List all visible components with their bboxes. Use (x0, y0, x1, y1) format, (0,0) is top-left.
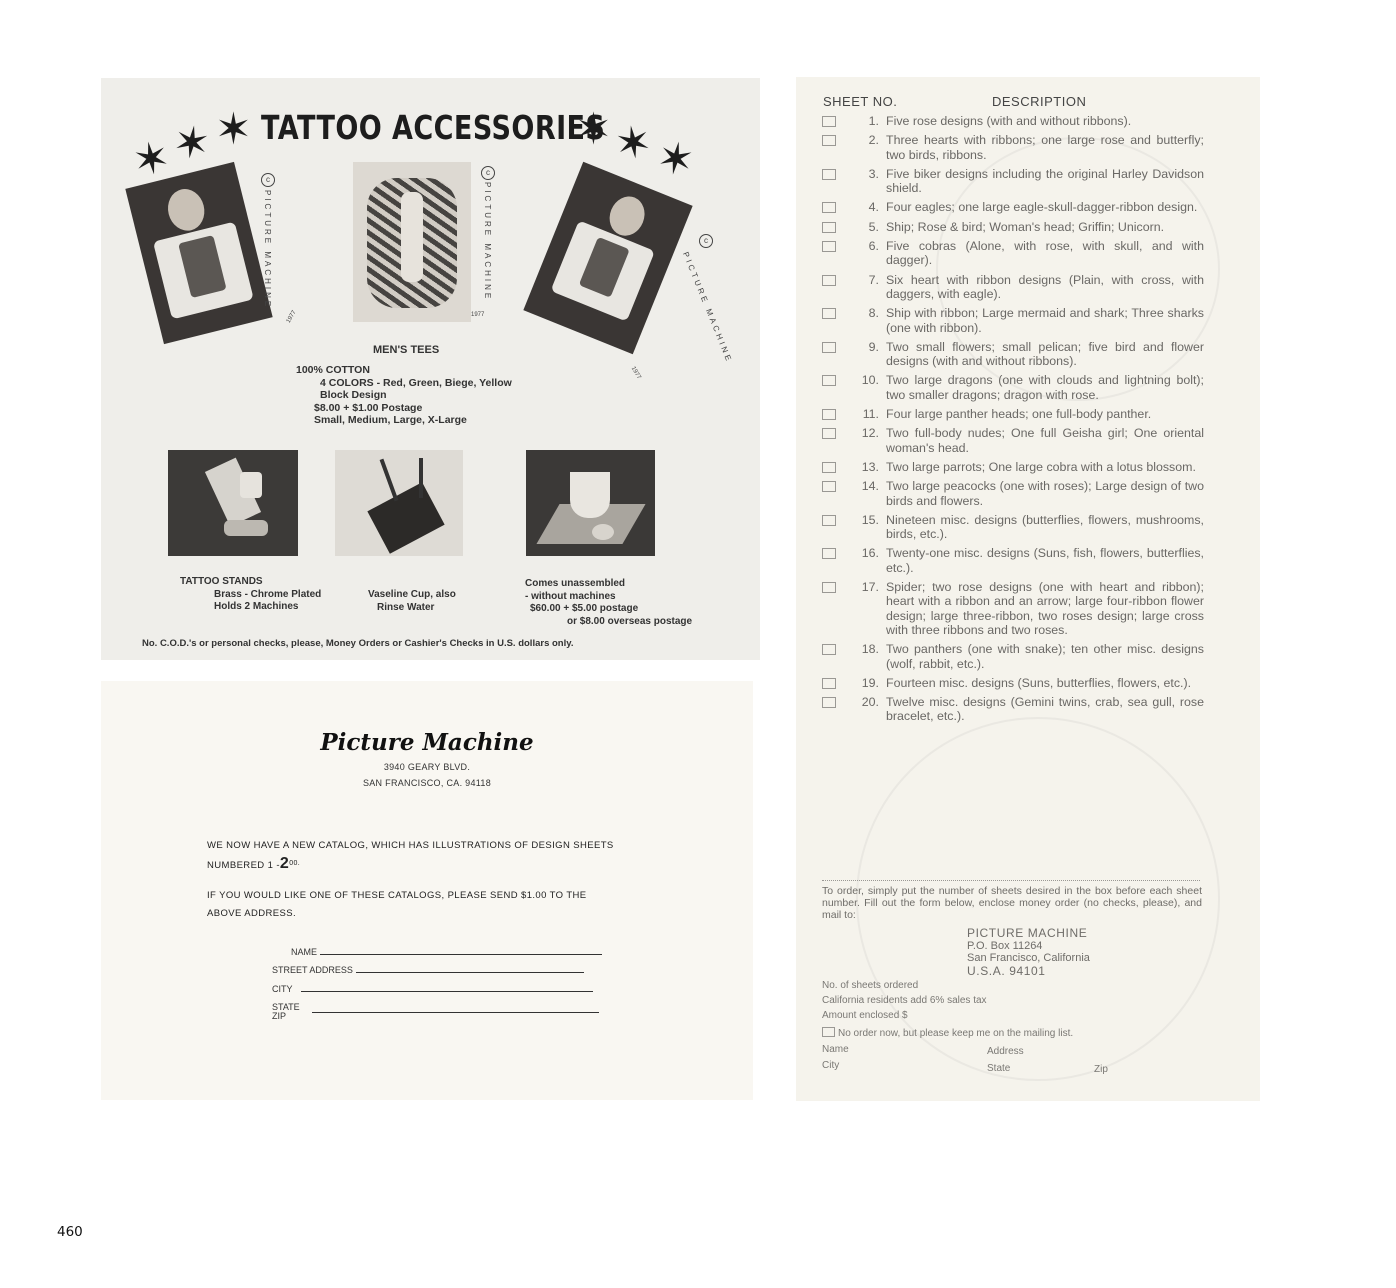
copyright-icon: c (699, 234, 713, 248)
quantity-checkbox[interactable] (822, 582, 836, 593)
sheet-description: Four eagles; one large eagle-skull-dagge… (886, 200, 1204, 214)
sheet-item: 20.Twelve misc. designs (Gemini twins, c… (822, 695, 1204, 724)
design-sheet-order-form: SHEET NO. DESCRIPTION 1.Five rose design… (796, 77, 1260, 1101)
address-line-1: 3940 GEARY BLVD. (101, 762, 753, 772)
address-field[interactable]: Address (987, 1046, 1024, 1057)
copyright-year: 1977 (286, 310, 298, 325)
quantity-checkbox[interactable] (822, 375, 836, 386)
stand-caption-1: TATTOO STANDS Brass - Chrome Plated Hold… (180, 576, 321, 614)
sheet-description: Two small flowers; small pelican; five b… (886, 340, 1204, 369)
brand-logo: Picture Machine (101, 729, 753, 756)
sheet-item: 19.Fourteen misc. designs (Suns, butterf… (822, 676, 1204, 690)
sheet-item: 8.Ship with ribbon; Large mermaid and sh… (822, 306, 1204, 335)
photo-tattoo-stand-1 (168, 450, 298, 556)
sheet-number: 17. (836, 580, 886, 637)
copyright-text: PICTURE MACHINE (483, 182, 492, 301)
state-zip-field[interactable]: STATE ZIP (272, 1003, 300, 1021)
sheet-item: 6.Five cobras (Alone, with rose, with sk… (822, 239, 1204, 268)
sheet-number: 12. (836, 426, 886, 455)
sheet-number: 20. (836, 695, 886, 724)
star-icon: ✶ (612, 120, 655, 169)
sheet-number: 10. (836, 373, 886, 402)
sheet-number: 1. (836, 114, 886, 128)
stand-caption-3: Comes unassembled - without machines $60… (525, 578, 692, 628)
sheet-description: Four large panther heads; one full-body … (886, 407, 1204, 421)
sheet-description: Two full-body nudes; One full Geisha gir… (886, 426, 1204, 455)
sheet-number: 13. (836, 460, 886, 474)
handwritten-number: 2 (280, 855, 289, 872)
payment-notice: No. C.O.D.'s or personal checks, please,… (142, 638, 573, 649)
copyright-text: PICTURE MACHINE (681, 251, 734, 365)
state-zip-line (312, 1012, 599, 1013)
mailing-address: PICTURE MACHINE P.O. Box 11264 San Franc… (967, 927, 1090, 977)
tees-line: Small, Medium, Large, X-Large (296, 414, 512, 427)
quantity-checkbox[interactable] (822, 697, 836, 708)
quantity-checkbox[interactable] (822, 409, 836, 420)
catalog-request-text: IF YOU WOULD LIKE ONE OF THESE CATALOGS,… (207, 887, 667, 923)
stand-caption-2: Vaseline Cup, also Rinse Water (368, 589, 456, 614)
quantity-checkbox[interactable] (822, 241, 836, 252)
sheet-item: 18.Two panthers (one with snake); ten ot… (822, 642, 1204, 671)
sheet-item: 7.Six heart with ribbon designs (Plain, … (822, 273, 1204, 302)
city-field[interactable]: City (822, 1060, 839, 1071)
sheet-item: 1.Five rose designs (with and without ri… (822, 114, 1204, 128)
sheet-item: 12.Two full-body nudes; One full Geisha … (822, 426, 1204, 455)
city-field[interactable]: CITY (272, 984, 593, 994)
name-field[interactable]: Name (822, 1044, 849, 1055)
tees-line: $8.00 + $1.00 Postage (296, 402, 512, 415)
copyright-icon: c (481, 166, 495, 180)
sheet-description: Fourteen misc. designs (Suns, butterflie… (886, 676, 1204, 690)
copyright-icon: c (261, 173, 275, 187)
sheet-item: 17.Spider; two rose designs (one with he… (822, 580, 1204, 637)
sheet-item: 16.Twenty-one misc. designs (Suns, fish,… (822, 546, 1204, 575)
sheet-description: Five biker designs including the origina… (886, 167, 1204, 196)
sheet-item: 4.Four eagles; one large eagle-skull-dag… (822, 200, 1204, 214)
sheet-number: 2. (836, 133, 886, 162)
sheet-description: Twelve misc. designs (Gemini twins, crab… (886, 695, 1204, 724)
sheet-number: 6. (836, 239, 886, 268)
sheet-description: Spider; two rose designs (one with heart… (886, 580, 1204, 637)
sheet-number: 5. (836, 220, 886, 234)
sheet-description: Ship with ribbon; Large mermaid and shar… (886, 306, 1204, 335)
sheet-list: 1.Five rose designs (with and without ri… (822, 114, 1204, 729)
sheet-description: Two large parrots; One large cobra with … (886, 460, 1204, 474)
quantity-checkbox[interactable] (822, 169, 836, 180)
photo-tattoo-stand-2 (335, 450, 463, 556)
sheet-number: 16. (836, 546, 886, 575)
quantity-checkbox[interactable] (822, 135, 836, 146)
ad-title: TATTOO ACCESSORIES (261, 108, 605, 147)
sheet-item: 14.Two large peacocks (one with roses); … (822, 479, 1204, 508)
sheet-item: 5.Ship; Rose & bird; Woman's head; Griff… (822, 220, 1204, 234)
sheet-description: Six heart with ribbon designs (Plain, wi… (886, 273, 1204, 302)
page-number: 460 (57, 1224, 83, 1240)
sheet-item: 3.Five biker designs including the origi… (822, 167, 1204, 196)
zip-field[interactable]: Zip (1094, 1064, 1108, 1075)
quantity-checkbox[interactable] (822, 481, 836, 492)
sheet-description: Twenty-one misc. designs (Suns, fish, fl… (886, 546, 1204, 575)
quantity-checkbox[interactable] (822, 275, 836, 286)
tees-line: 4 COLORS - Red, Green, Biege, Yellow (296, 377, 512, 390)
tattoo-accessories-ad: ✶ ✶ ✶ TATTOO ACCESSORIES ✶ ✶ ✶ c PICTURE… (101, 78, 760, 660)
catalog-announcement: WE NOW HAVE A NEW CATALOG, WHICH HAS ILL… (207, 837, 667, 875)
sheet-item: 15.Nineteen misc. designs (butterflies, … (822, 513, 1204, 542)
sheet-number: 15. (836, 513, 886, 542)
address-line-2: SAN FRANCISCO, CA. 94118 (101, 778, 753, 788)
star-icon: ✶ (215, 108, 252, 152)
sheet-item: 10.Two large dragons (one with clouds an… (822, 373, 1204, 402)
sheet-description: Five rose designs (with and without ribb… (886, 114, 1204, 128)
quantity-checkbox[interactable] (822, 644, 836, 655)
quantity-checkbox[interactable] (822, 202, 836, 213)
sheet-number: 4. (836, 200, 886, 214)
order-instructions: To order, simply put the number of sheet… (822, 885, 1202, 921)
copyright-year: 1977 (471, 312, 484, 318)
tees-line: Block Design (296, 389, 512, 402)
sheet-number: 19. (836, 676, 886, 690)
column-header-description: DESCRIPTION (992, 94, 1086, 109)
quantity-checkbox[interactable] (822, 548, 836, 559)
sheet-number: 9. (836, 340, 886, 369)
mailing-list-option[interactable]: No order now, but please keep me on the … (822, 1027, 1073, 1039)
copyright-year: 1977 (630, 366, 642, 381)
sheets-ordered-field[interactable]: No. of sheets ordered (822, 980, 918, 991)
sheet-description: Two panthers (one with snake); ten other… (886, 642, 1204, 671)
quantity-checkbox[interactable] (822, 462, 836, 473)
sheet-description: Ship; Rose & bird; Woman's head; Griffin… (886, 220, 1204, 234)
sheet-number: 8. (836, 306, 886, 335)
sheet-number: 14. (836, 479, 886, 508)
sheet-number: 3. (836, 167, 886, 196)
name-field[interactable]: NAME (291, 947, 602, 957)
star-icon: ✶ (653, 135, 697, 185)
quantity-checkbox[interactable] (822, 678, 836, 689)
star-icon: ✶ (575, 108, 612, 152)
column-header-sheet-no: SHEET NO. (823, 94, 897, 109)
divider (822, 880, 1200, 881)
copyright-text: PICTURE MACHINE (263, 190, 272, 309)
sales-tax-note: California residents add 6% sales tax (822, 995, 987, 1006)
quantity-checkbox[interactable] (822, 428, 836, 439)
sheet-number: 7. (836, 273, 886, 302)
sheet-description: Three hearts with ribbons; one large ros… (886, 133, 1204, 162)
tees-heading: MEN'S TEES (373, 344, 439, 356)
sheet-item: 13.Two large parrots; One large cobra wi… (822, 460, 1204, 474)
street-address-field[interactable]: STREET ADDRESS (272, 965, 584, 975)
state-field[interactable]: State (987, 1063, 1010, 1074)
quantity-checkbox[interactable] (822, 342, 836, 353)
quantity-checkbox[interactable] (822, 116, 836, 127)
sheet-number: 18. (836, 642, 886, 671)
star-icon: ✶ (170, 120, 213, 169)
mailing-list-checkbox[interactable] (822, 1027, 835, 1037)
sheet-item: 11.Four large panther heads; one full-bo… (822, 407, 1204, 421)
quantity-checkbox[interactable] (822, 222, 836, 233)
sheet-item: 2.Three hearts with ribbons; one large r… (822, 133, 1204, 162)
amount-enclosed-field[interactable]: Amount enclosed $ (822, 1010, 908, 1021)
sheet-description: Two large peacocks (one with roses); Lar… (886, 479, 1204, 508)
quantity-checkbox[interactable] (822, 308, 836, 319)
sheet-item: 9.Two small flowers; small pelican; five… (822, 340, 1204, 369)
sheet-description: Nineteen misc. designs (butterflies, flo… (886, 513, 1204, 542)
photo-tee-design (353, 162, 471, 322)
catalog-order-card: Picture Machine 3940 GEARY BLVD. SAN FRA… (101, 681, 753, 1100)
photo-tattoo-stand-3 (526, 450, 655, 556)
tees-line: 100% COTTON (296, 364, 512, 377)
sheet-description: Five cobras (Alone, with rose, with skul… (886, 239, 1204, 268)
sheet-description: Two large dragons (one with clouds and l… (886, 373, 1204, 402)
sheet-number: 11. (836, 407, 886, 421)
tees-details: 100% COTTON 4 COLORS - Red, Green, Biege… (296, 364, 512, 427)
quantity-checkbox[interactable] (822, 515, 836, 526)
